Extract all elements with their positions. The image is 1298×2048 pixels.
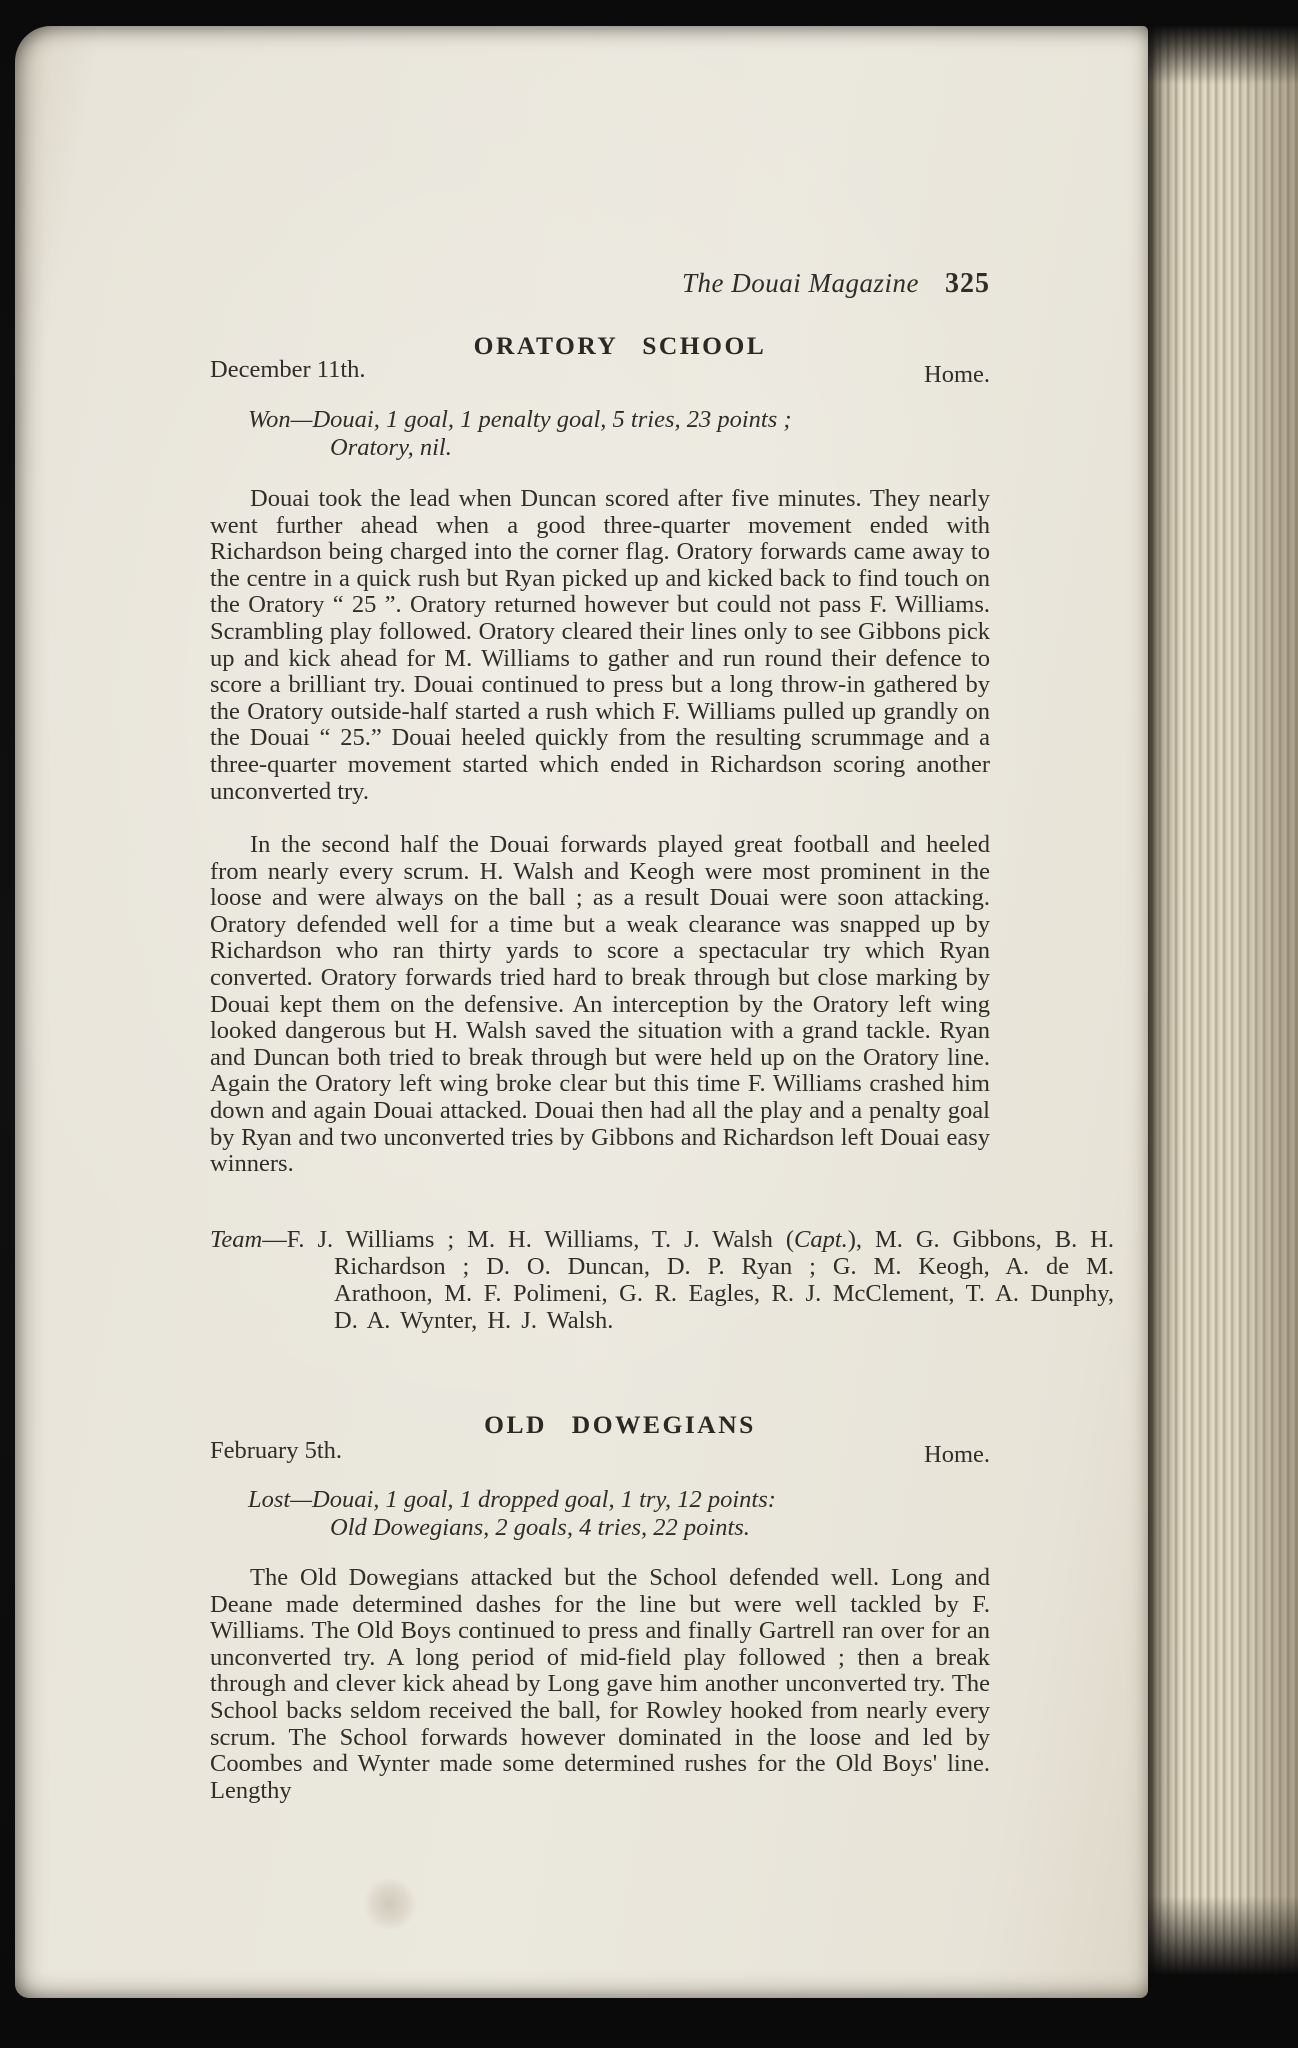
magazine-title: The Douai Magazine (682, 268, 919, 298)
running-header: The Douai Magazine 325 (210, 268, 990, 300)
venue-label: Home. (210, 1441, 990, 1469)
team-list: Team—F. J. Williams ; M. H. Williams, T.… (210, 1227, 1114, 1335)
result-line: Old Dowegians, 2 goals, 4 tries, 22 poin… (330, 1514, 776, 1542)
page-content: The Douai Magazine 325 ORATORY SCHOOL De… (0, 0, 1298, 2048)
result-line: Lost—Douai, 1 goal, 1 dropped goal, 1 tr… (248, 1486, 776, 1514)
match-result: Won—Douai, 1 goal, 1 penalty goal, 5 tri… (248, 406, 792, 461)
result-line: Oratory, nil. (330, 434, 792, 462)
report-paragraph: Douai took the lead when Duncan scored a… (210, 486, 990, 805)
match-result: Lost—Douai, 1 goal, 1 dropped goal, 1 tr… (248, 1486, 776, 1541)
page-number: 325 (945, 268, 990, 299)
book-page-scan: The Douai Magazine 325 ORATORY SCHOOL De… (0, 0, 1298, 2048)
venue-label: Home. (210, 361, 990, 389)
section-heading: OLD DOWEGIANS (210, 1410, 1030, 1440)
scan-smudge (362, 1878, 418, 1930)
report-paragraph: In the second half the Douai forwards pl… (210, 832, 990, 1178)
team-label: Team (210, 1226, 262, 1253)
result-line: Won—Douai, 1 goal, 1 penalty goal, 5 tri… (248, 406, 792, 434)
team-members: —F. J. Williams ; M. H. Williams, T. J. … (262, 1226, 794, 1253)
captain-marker: Capt. (794, 1226, 848, 1253)
report-paragraph: The Old Dowegians attacked but the Schoo… (210, 1565, 990, 1804)
